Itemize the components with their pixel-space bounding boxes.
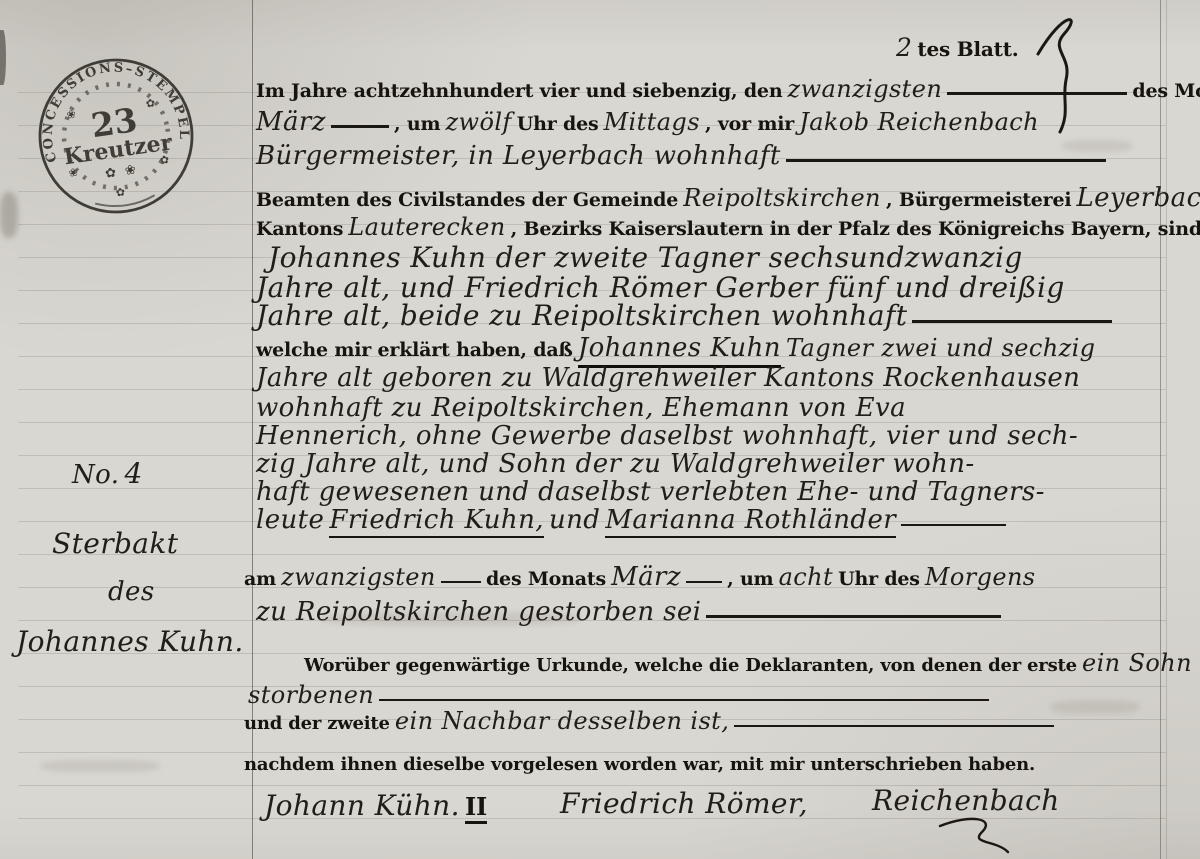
closing-line-3: und der zweite ein Nachbar desselben ist…	[244, 708, 1054, 736]
margin-act-number: No. 4	[72, 458, 143, 491]
handwritten-entry: haft gewesenen und daselbst verlebten Eh…	[256, 477, 1045, 507]
scan-edge-smudge	[0, 192, 18, 238]
stamp-flower-icon: ❀	[66, 107, 77, 121]
blank-rule	[947, 90, 1127, 95]
handwritten-entry: acht	[779, 563, 833, 591]
act-line-4: Beamten des Civilstandes der Gemeinde Re…	[256, 184, 1200, 214]
act-line-8: Jahre alt, beide zu Reipoltskirchen wohn…	[256, 300, 1112, 332]
act-line-15: leute Friedrich Kuhn, und Marianna Rothl…	[256, 506, 1006, 536]
handwritten-entry: Hennerich, ohne Gewerbe daselbst wohnhaf…	[256, 421, 1078, 451]
right-edge-rule	[1160, 0, 1161, 859]
blank-rule	[379, 697, 989, 701]
handwritten-entry: März	[611, 562, 681, 592]
act-line-13: zig Jahre alt, und Sohn der zu Waldgrehw…	[256, 450, 975, 480]
printed-text: , um	[727, 568, 773, 590]
handwritten-father-name: Friedrich Kuhn,	[329, 505, 543, 538]
margin-no-label: No.	[72, 460, 119, 490]
margin-of-label: des	[108, 578, 155, 608]
sheet-label: tes Blatt.	[917, 37, 1018, 61]
stamp-flower-icon: ✿	[159, 153, 170, 167]
printed-text: nachdem ihnen dieselbe vorgelesen worden…	[244, 754, 1035, 775]
stamp-leaf-ornament-icon: ✿	[104, 165, 117, 181]
printed-text: , Bezirks Kaiserslautern in der Pfalz de…	[511, 218, 1200, 240]
handwritten-entry: wohnhaft zu Reipoltskirchen, Ehemann von…	[256, 393, 906, 423]
handwritten-entry: Jakob Reichenbach	[799, 108, 1039, 136]
printed-text: am	[244, 568, 276, 590]
margin-person-name: Johannes Kuhn.	[16, 626, 244, 658]
blank-rule	[901, 522, 1006, 526]
stamp-flower-icon: ✿	[145, 96, 156, 110]
blank-rule	[686, 579, 722, 583]
scanned-document-paper: CONCESSIONS–STEMPEL 23 Kreutzer ✿ ❀ ❀ ✿ …	[0, 0, 1200, 859]
handwritten-mother-name: Marianna Rothländer	[605, 505, 896, 538]
stamp-flower-icon: ❀	[68, 166, 79, 180]
handwritten-entry: Bürgermeister, in Leyerbach wohnhaft	[256, 141, 781, 171]
handwritten-entry: zu Reipoltskirchen gestorben sei	[256, 597, 701, 627]
printed-text: , um	[394, 113, 440, 135]
sheet-number-handwritten: 2	[896, 33, 912, 62]
act-line-12: Hennerich, ohne Gewerbe daselbst wohnhaf…	[256, 422, 1078, 452]
act-line-14: haft gewesenen und daselbst verlebten Eh…	[256, 478, 1045, 508]
act-line-2: März , um zwölf Uhr des Mittags , vor mi…	[256, 108, 1039, 138]
scan-edge-artifact	[0, 30, 6, 85]
handwritten-entry: leute	[256, 505, 324, 535]
closing-line-1: Worüber gegenwärtige Urkunde, welche die…	[256, 650, 1200, 678]
sheet-header: 2 tes Blatt.	[896, 34, 1019, 63]
handwritten-entry: zwölf	[446, 108, 512, 136]
handwritten-entry: zwanzigsten	[788, 75, 943, 103]
signature-declarant-2: Friedrich Römer,	[560, 788, 808, 820]
blank-rule	[706, 613, 1001, 618]
handwritten-entry: storbenen	[248, 681, 374, 709]
signature-suffix: II	[465, 792, 487, 824]
handwritten-entry: und	[549, 505, 600, 535]
printed-text: Uhr des	[517, 113, 599, 135]
handwritten-entry: zig Jahre alt, und Sohn der zu Waldgrehw…	[256, 449, 975, 479]
signature-declarant-1: Johann Kühn. II	[264, 790, 487, 822]
printed-text: , Bürgermeisterei	[886, 189, 1071, 211]
act-line-11: wohnhaft zu Reipoltskirchen, Ehemann von…	[256, 394, 906, 424]
margin-record-type: Sterbakt	[52, 528, 178, 560]
closing-line-4: nachdem ihnen dieselbe vorgelesen worden…	[244, 755, 1035, 776]
printed-text: Uhr des	[838, 568, 920, 590]
printed-text: welche mir erklärt haben, daß	[256, 339, 573, 361]
handwritten-entry: März	[256, 107, 326, 137]
closing-line-2: storbenen	[248, 682, 989, 710]
handwritten-entry: Morgens	[925, 563, 1036, 591]
printed-text: und der zweite	[244, 713, 390, 734]
handwritten-entry: Johannes Kuhn der zweite Tagner sechsund…	[268, 241, 1023, 274]
act-line-3: Bürgermeister, in Leyerbach wohnhaft	[256, 142, 1106, 172]
handwritten-entry: Leyerbach	[1076, 183, 1200, 213]
printed-text: Worüber gegenwärtige Urkunde, welche die…	[256, 655, 1077, 676]
printed-text: des Monats	[486, 568, 606, 590]
printed-text: Im Jahre achtzehnhundert vier und sieben…	[256, 80, 782, 102]
bleedthrough-smudge	[1050, 700, 1140, 714]
death-line-1: am zwanzigsten des Monats März , um acht…	[244, 563, 1036, 593]
bleedthrough-smudge	[40, 760, 160, 772]
blank-rule	[734, 723, 1054, 727]
blank-rule	[912, 318, 1112, 323]
margin-number: 4	[125, 457, 143, 490]
blank-rule	[786, 157, 1106, 162]
blank-rule	[331, 123, 389, 128]
handwritten-entry: Jahre alt, beide zu Reipoltskirchen wohn…	[256, 299, 907, 332]
act-line-10: Jahre alt geboren zu Waldgrehweiler Kant…	[256, 364, 1080, 394]
handwritten-entry: ein Sohn des Ver-	[1082, 649, 1200, 677]
printed-text: des Monats	[1132, 80, 1200, 102]
handwritten-entry: ein Nachbar desselben ist,	[395, 707, 729, 735]
printed-text: Beamten des Civilstandes der Gemeinde	[256, 189, 678, 211]
handwritten-entry: Jahre alt geboren zu Waldgrehweiler Kant…	[256, 363, 1080, 393]
printed-text: Kantons	[256, 218, 343, 240]
revenue-stamp: CONCESSIONS–STEMPEL 23 Kreutzer ✿ ❀ ❀ ✿ …	[23, 43, 208, 228]
handwritten-entry: zwanzigsten	[281, 563, 436, 591]
stamp-flower-icon: ✿	[115, 185, 126, 199]
handwritten-entry: Reipoltskirchen	[683, 184, 881, 212]
handwritten-entry: Tagner zwei und sechzig	[786, 334, 1095, 362]
act-line-6: Johannes Kuhn der zweite Tagner sechsund…	[268, 242, 1023, 274]
act-line-9: welche mir erklärt haben, daß Johannes K…	[256, 334, 1095, 364]
stamp-leaf-ornament-icon: ❀	[124, 163, 137, 179]
right-edge-fold-line	[1166, 0, 1167, 859]
signature-flourish-icon	[930, 812, 1020, 859]
printed-text: , vor mir	[705, 113, 794, 135]
handwritten-entry: Mittags	[604, 108, 700, 136]
death-line-2: zu Reipoltskirchen gestorben sei	[256, 598, 1001, 628]
act-line-5: Kantons Lauterecken , Bezirks Kaiserslau…	[256, 214, 1200, 242]
handwritten-entry: Lauterecken	[348, 213, 505, 241]
act-line-1: Im Jahre achtzehnhundert vier und sieben…	[256, 76, 1200, 104]
blank-rule	[441, 579, 481, 583]
